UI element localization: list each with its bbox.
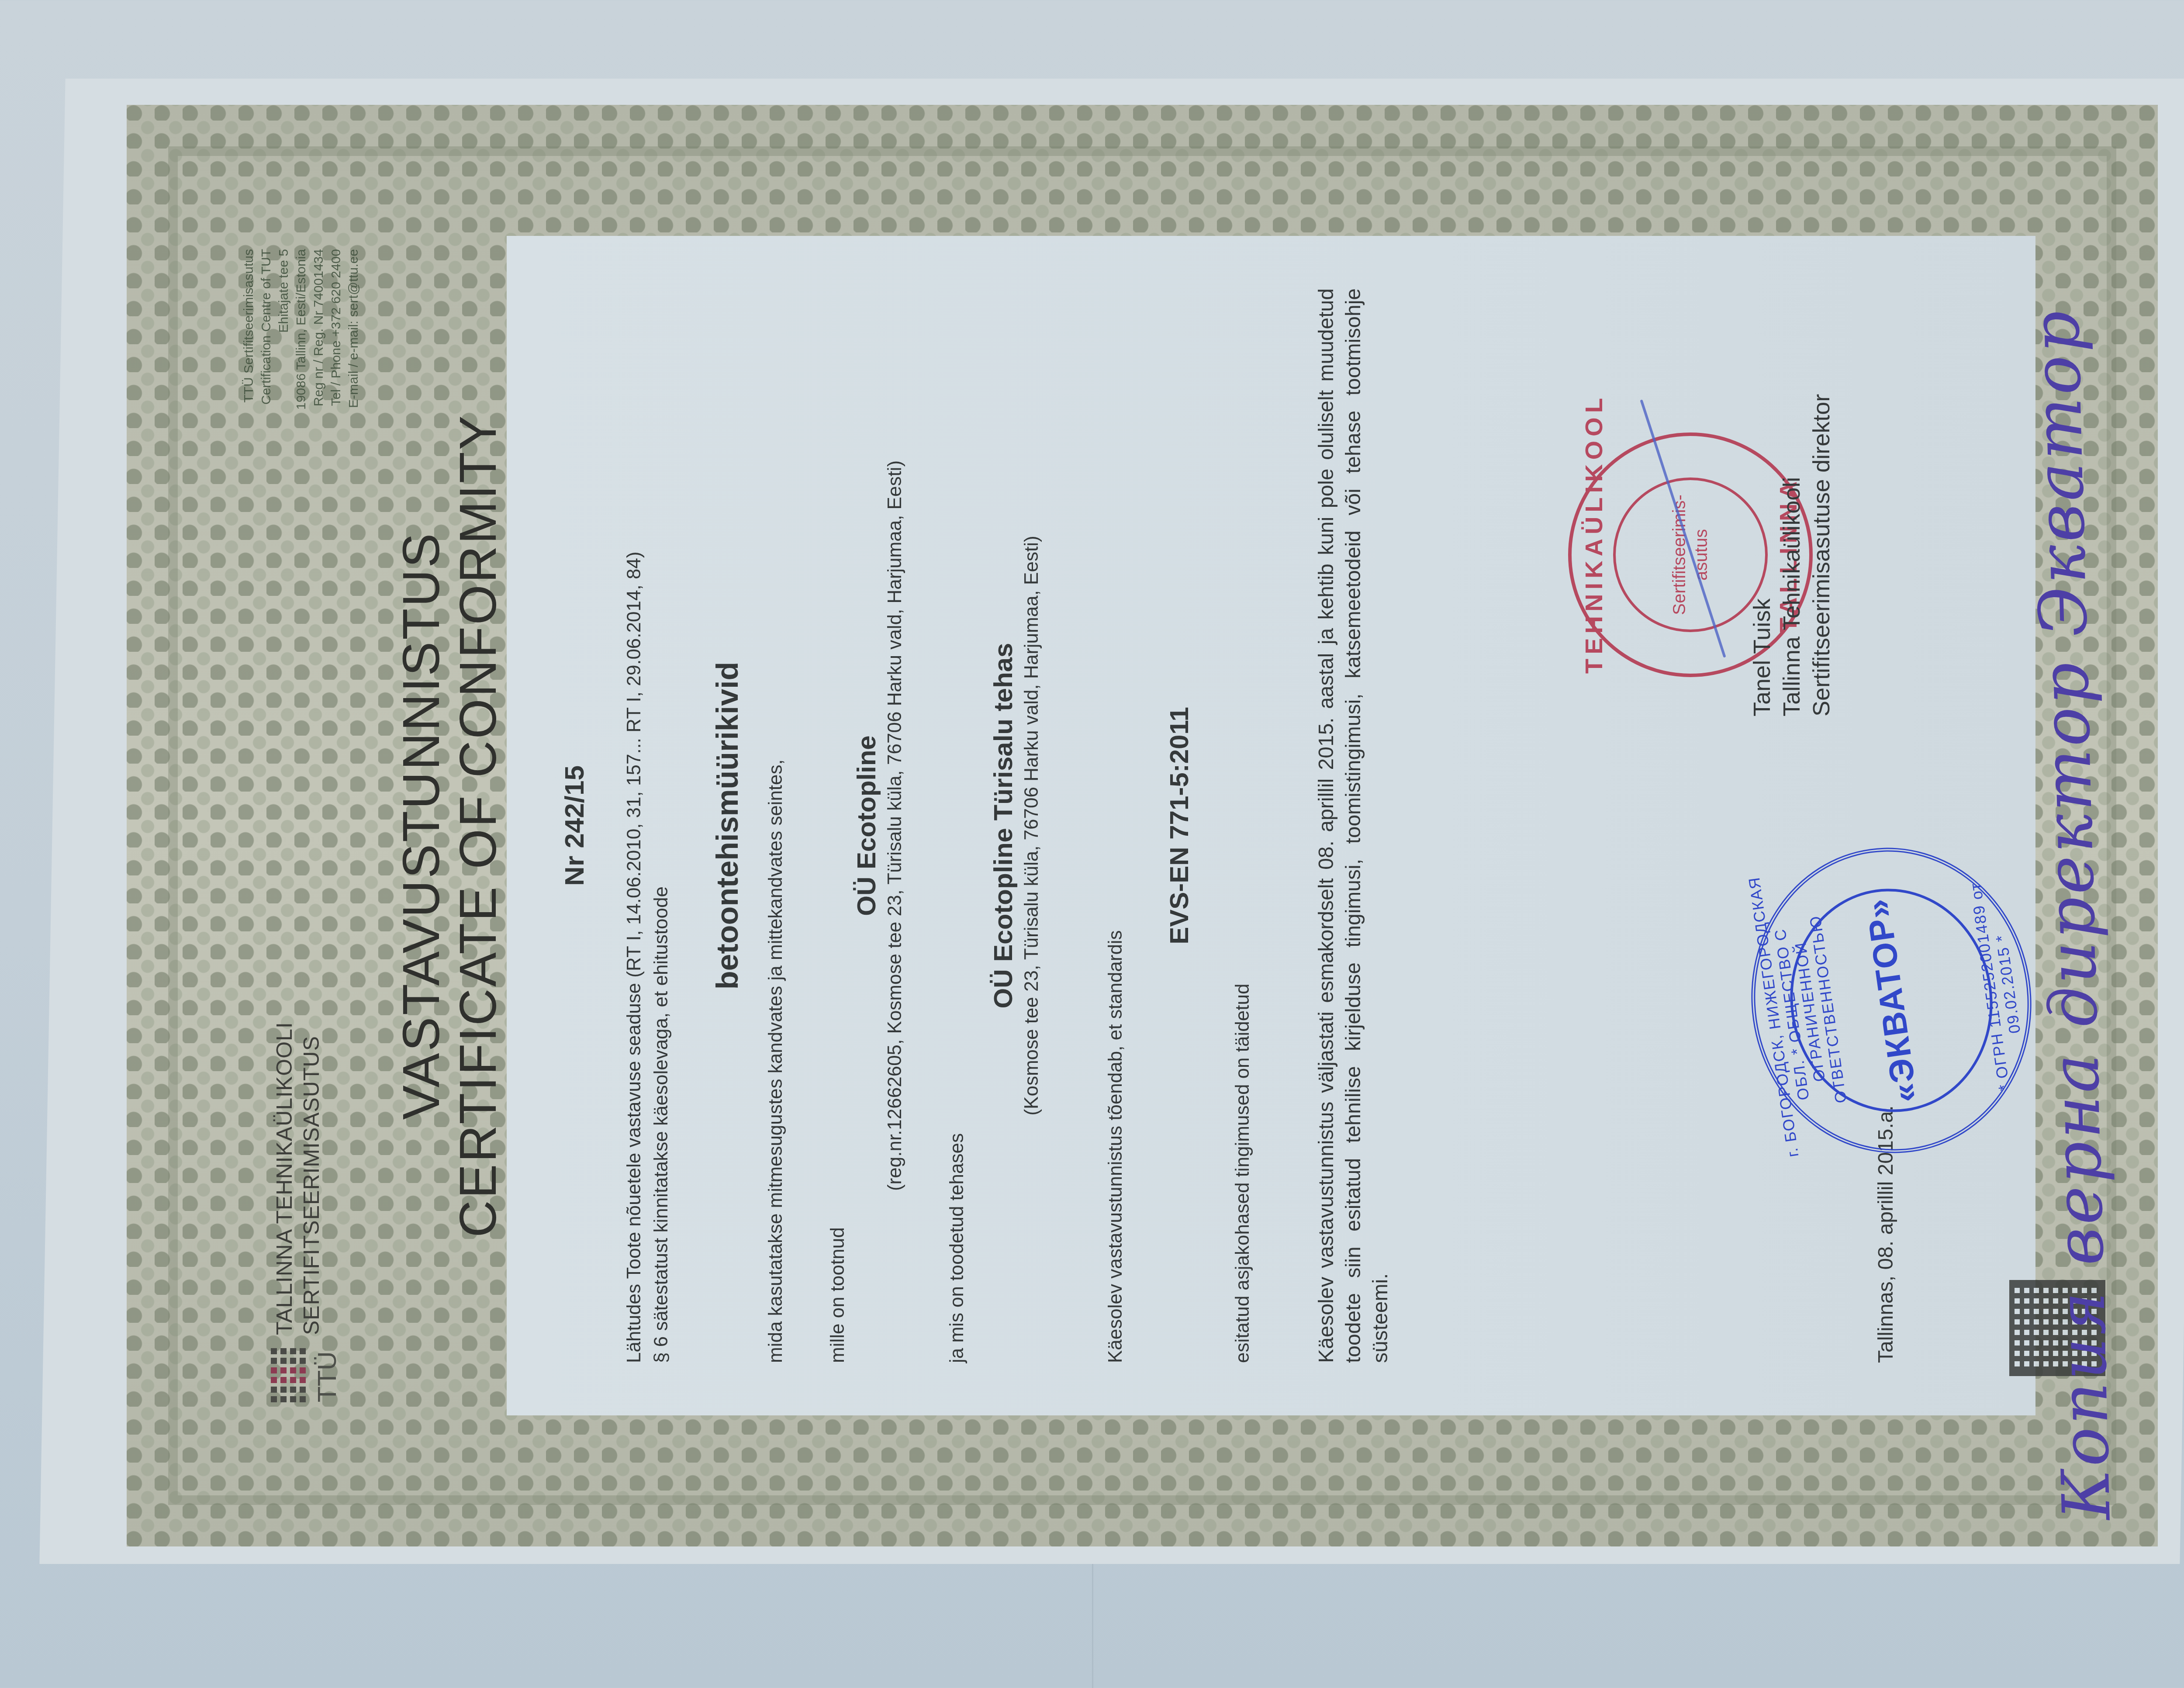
certificate-title: VASTAVUSTUNNISTUS CERTIFICATE OF CONFORM… xyxy=(393,105,507,1546)
contact-line: E-mail / e-mail: sert@ttu.ee xyxy=(345,249,363,529)
factory-name: OÜ Ecotopline Türisalu tehas xyxy=(988,288,1018,1363)
signer-organization: Tallinna Tehnikaülikooli xyxy=(1777,394,1807,716)
contact-line: Tel / Phone +372 620 2400 xyxy=(328,249,345,529)
product-use: mida kasutatakse mitmesugustes kandvates… xyxy=(762,288,789,1363)
contact-line: Ehitajate tee 5 xyxy=(275,249,293,529)
ttu-logo-mark-icon xyxy=(271,1348,306,1402)
product-name: betoontehismüürikivid xyxy=(710,288,745,1363)
factory-address: (Kosmose tee 23, Türisalu küla, 76706 Ha… xyxy=(1018,288,1045,1363)
contact-block: TTÜ Sertifitseerimisasutus Certification… xyxy=(240,249,363,529)
certificate-header: TTÜ TALLINNA TEHNIKAÜLIKOOLI SERTIFITSEE… xyxy=(127,105,507,1546)
certificate-document: TTÜ TALLINNA TEHNIKAÜLIKOOLI SERTIFITSEE… xyxy=(127,105,2158,1546)
standard-code: EVS-EN 771-5:2011 xyxy=(1164,288,1194,1363)
title-english: CERTIFICATE OF CONFORMITY xyxy=(450,105,507,1546)
validity-statement: Käesolev vastavustunnistus väljastati es… xyxy=(1313,288,1394,1363)
certificate-content: Nr 242/15 Lähtudes Toote nõuetele vastav… xyxy=(559,288,1394,1363)
certificate-number: Nr 242/15 xyxy=(559,288,590,1363)
contact-line: Certification Centre of TUT xyxy=(258,249,275,529)
manufacturer-address: (reg.nr.12662605, Kosmose tee 23, Türisa… xyxy=(881,288,909,1363)
title-estonian: VASTAVUSTUNNISTUS xyxy=(393,105,450,1546)
legal-basis-line-2: § 6 sätestatust kinnitatakse käesolevaga… xyxy=(648,288,675,1363)
standard-intro: Käesolev vastavustunnistus tõendab, et s… xyxy=(1102,288,1129,1363)
signer-name: Tanel Tuisk xyxy=(1747,394,1777,716)
signer-position: Sertifitseerimisasutuse direktor xyxy=(1807,394,1836,716)
legal-basis-line-1: Lähtudes Toote nõuetele vastavuse seadus… xyxy=(621,288,648,1363)
standard-outro: esitatud asjakohased tingimused on täide… xyxy=(1229,288,1256,1363)
contact-line: Reg nr / Reg. Nr 74001434 xyxy=(310,249,328,529)
manufacturer-intro: mille on tootnud xyxy=(824,288,851,1363)
logo-abbreviation: TTÜ xyxy=(312,1348,342,1402)
contact-line: 19086 Tallinn, Eesti/Estonia xyxy=(293,249,310,529)
factory-intro: ja mis on toodetud tehases xyxy=(943,288,971,1363)
logo-line-1: TALLINNA TEHNIKAÜLIKOOLI xyxy=(271,1022,298,1335)
contact-line: TTÜ Sertifitseerimisasutus xyxy=(240,249,258,529)
ttu-logo: TTÜ TALLINNA TEHNIKAÜLIKOOLI SERTIFITSEE… xyxy=(271,1022,342,1402)
manufacturer-name: OÜ Ecotopline xyxy=(851,288,881,1363)
red-stamp-ring-top: TEHNIKAÜLIKOOL xyxy=(1579,436,1608,674)
signer-block: Tanel Tuisk Tallinna Tehnikaülikooli Ser… xyxy=(1747,394,1836,716)
blue-stamp-center: «ЭКВАТОР» xyxy=(1857,896,1925,1105)
logo-line-2: SERTIFITSEERIMISASUTUS xyxy=(298,1022,325,1335)
